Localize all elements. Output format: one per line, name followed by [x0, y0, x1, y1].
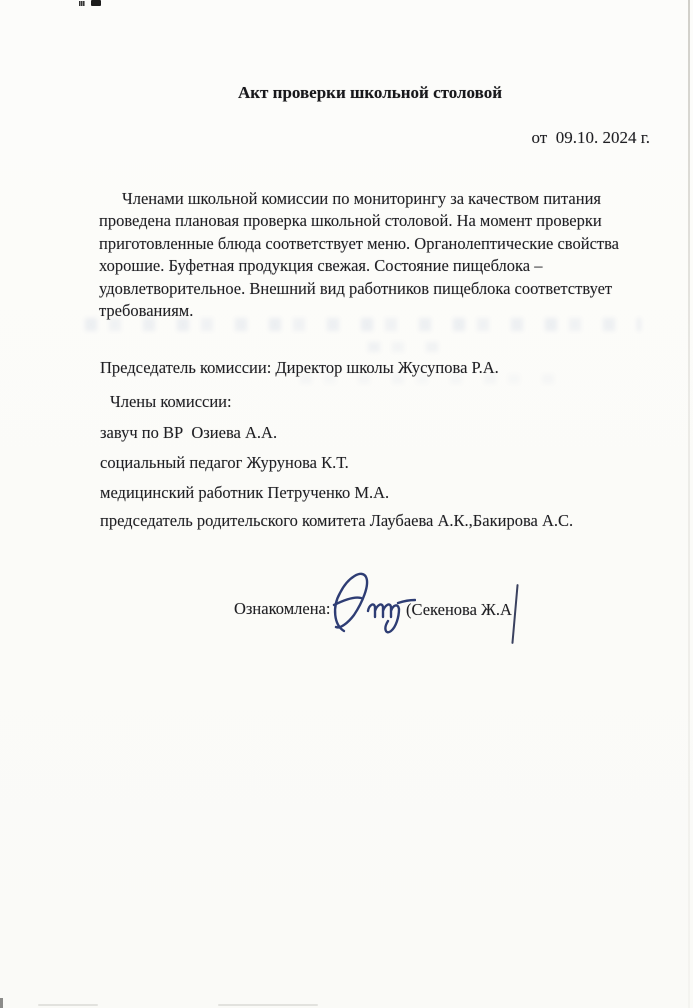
handwritten-signature — [330, 565, 416, 641]
document-page: Акт проверки школьной столовой от 09.10.… — [0, 0, 693, 1008]
scan-speck-artifact — [79, 1, 85, 6]
scan-speck-artifact — [0, 998, 3, 1008]
member-line: медицинский работник Петрученко М.А. — [100, 483, 389, 503]
scan-edge-line — [688, 0, 690, 1008]
member-line: социальный педагог Журунова К.Т. — [100, 453, 349, 473]
document-date: от 09.10. 2024 г. — [531, 128, 650, 148]
members-heading: Члены комиссии: — [110, 392, 232, 412]
chairman-line: Председатель комиссии: Директор школы Жу… — [100, 358, 499, 378]
document-title: Акт проверки школьной столовой — [0, 83, 693, 103]
scan-speck-artifact — [91, 0, 101, 6]
bleedthrough-artifact — [368, 342, 438, 352]
body-paragraph: Членами школьной комиссии по мониторингу… — [99, 188, 639, 322]
member-line: завуч по ВР Озиева А.А. — [100, 423, 277, 443]
acknowledgement-name: (Секенова Ж.А — [406, 600, 512, 620]
member-line: председатель родительского комитета Лауб… — [100, 511, 573, 531]
scan-smudge-artifact — [218, 1004, 318, 1006]
signature-pen-stroke — [511, 584, 518, 644]
scan-smudge-artifact — [38, 1004, 98, 1006]
acknowledgement-label: Ознакомлена: — [234, 599, 330, 619]
